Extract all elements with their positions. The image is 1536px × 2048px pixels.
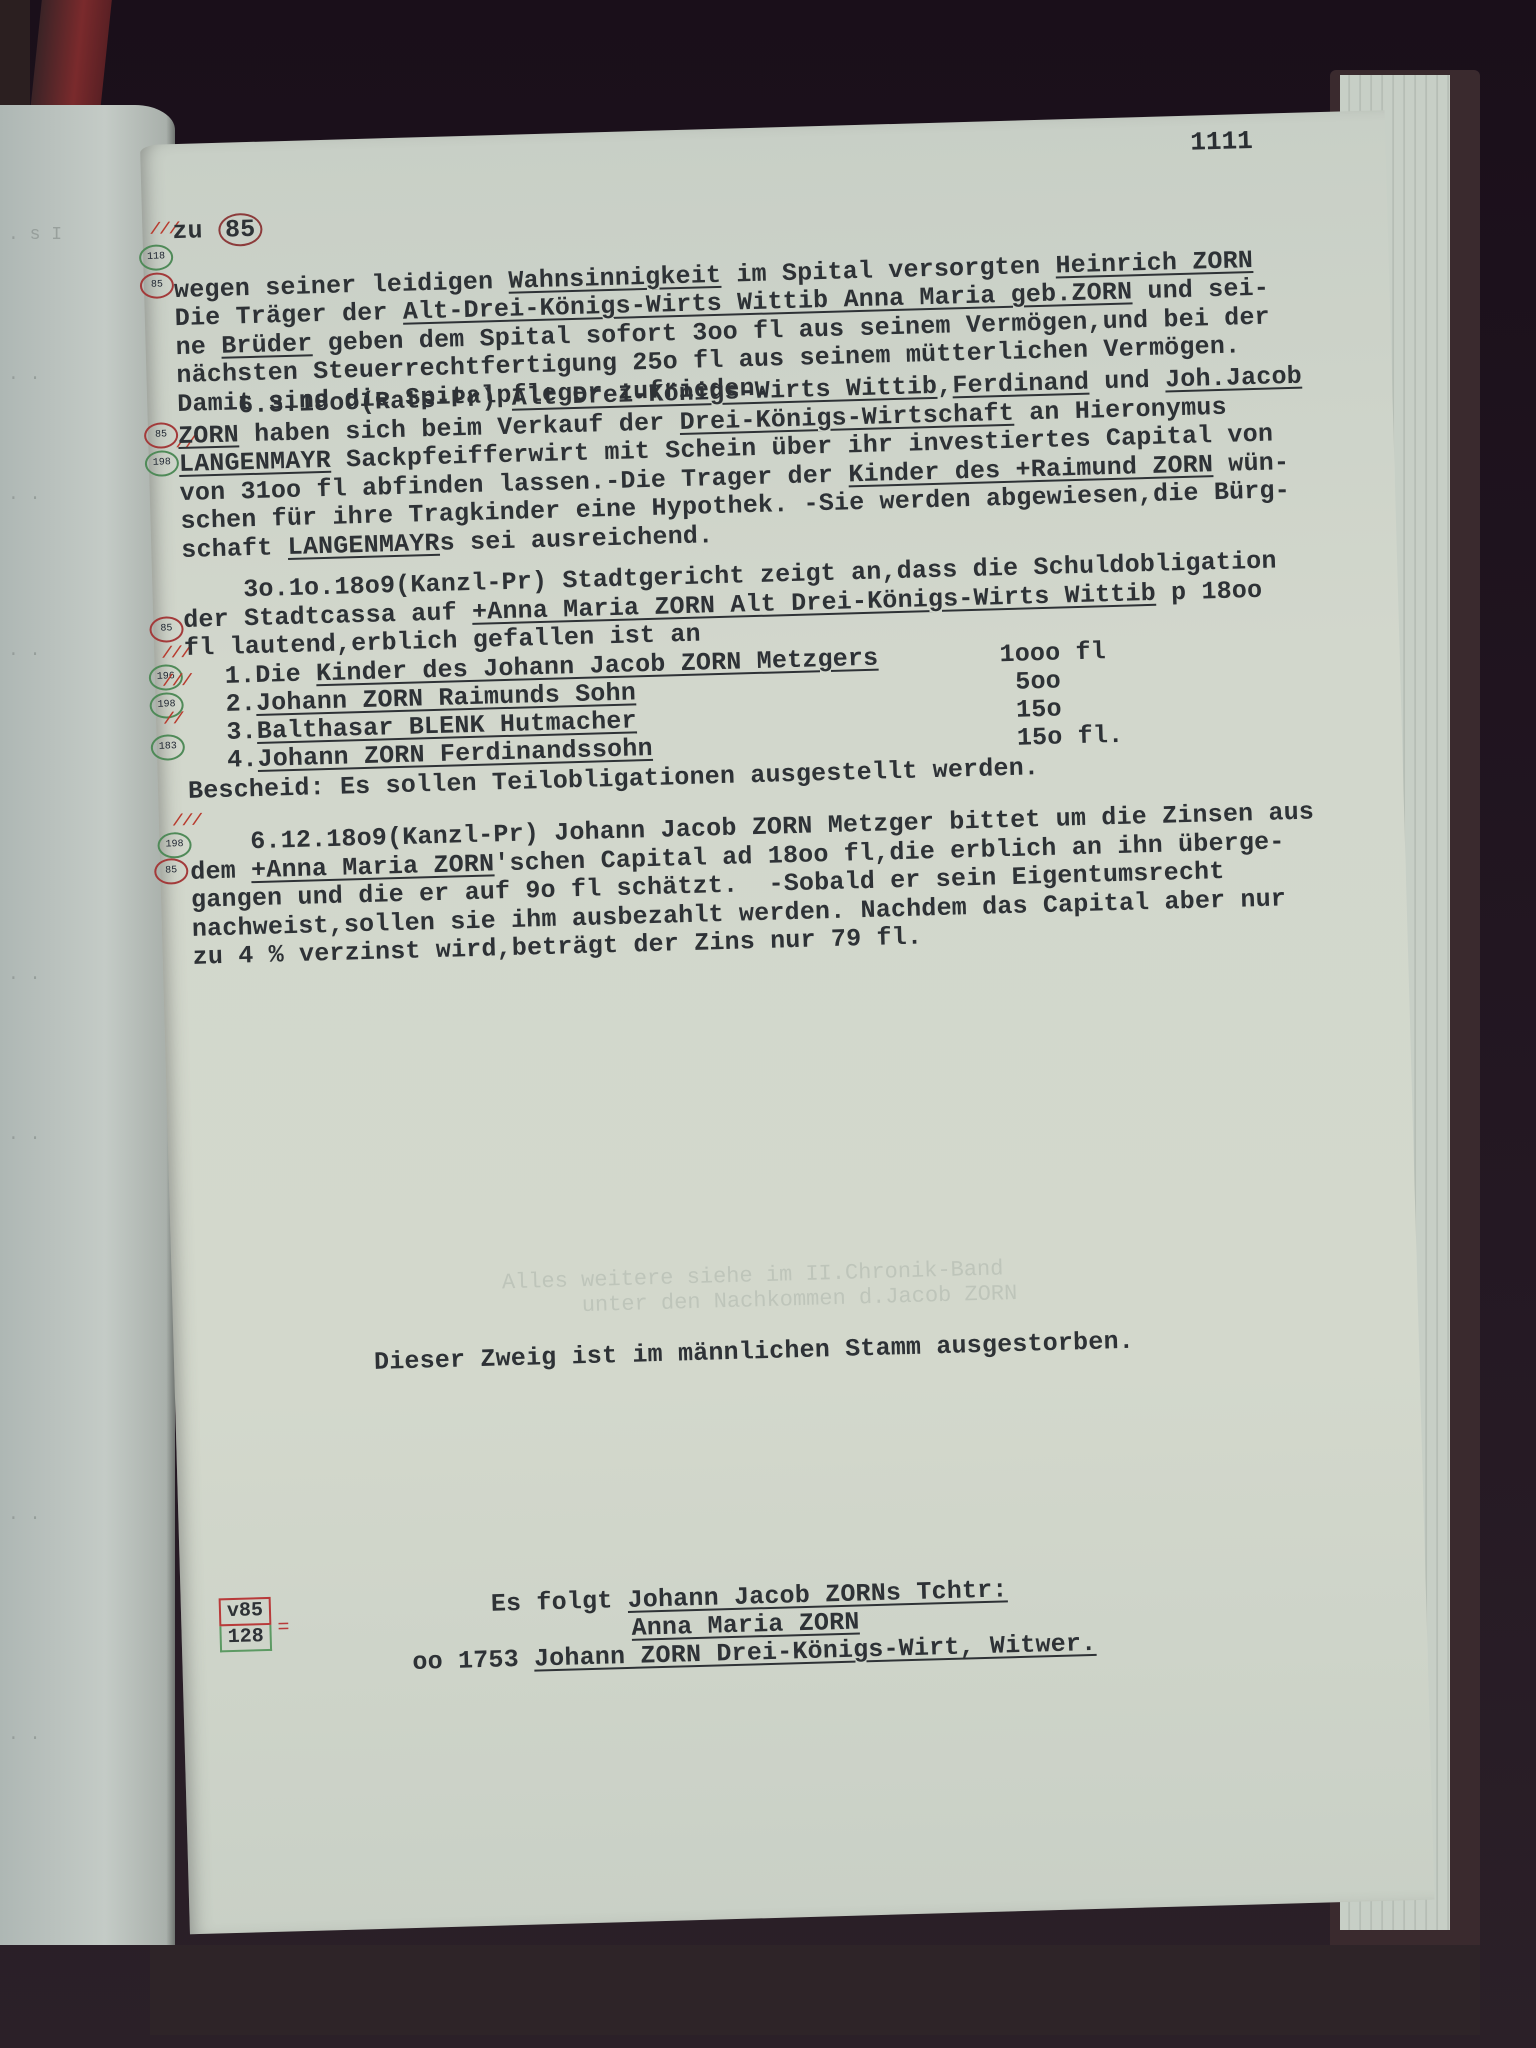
bleed-through-text: Alles weitere siehe im II.Chronik-Band u… — [502, 1256, 1018, 1320]
cross-reference: zu 85 — [172, 216, 263, 247]
heir-amount: 5oo — [1015, 668, 1061, 698]
margin-tick-mark: /// — [173, 812, 202, 831]
underlined-name: LANGENMAYR — [287, 528, 440, 561]
box-ref-equals: = — [277, 1616, 290, 1639]
margin-ref-green: 198 — [145, 450, 180, 477]
margin-ref-red: 85 — [140, 272, 175, 299]
heir-amount: 1ooo fl — [999, 638, 1106, 669]
paragraph-3: 3o.1o.18o9(Kanzl-Pr) Stadtgericht zeigt … — [182, 547, 1279, 663]
margin-ref-red: 85 — [144, 422, 179, 449]
margin-tick-mark: /// — [163, 672, 192, 691]
underlined-name: Brüder — [221, 329, 313, 361]
margin-tick-mark: // — [164, 710, 184, 729]
heir-amount: 15o — [1016, 695, 1062, 725]
underlined-name: Ferdinand — [952, 368, 1090, 401]
margin-ref-green: 118 — [139, 244, 174, 271]
margin-ref-green: 183 — [150, 734, 185, 761]
underlined-name: Joh.Jacob — [1165, 362, 1303, 395]
conclusion-line: Dieser Zweig ist im männlichen Stamm aus… — [374, 1328, 1135, 1378]
box-ref-top: v85 — [219, 1597, 272, 1626]
dark-object — [0, 0, 30, 120]
underlined-name: ZORN — [178, 420, 240, 451]
box-ref-bottom: 128 — [219, 1625, 272, 1652]
heir-amount: 15o fl. — [1017, 722, 1124, 753]
page-number: 1111 — [1190, 126, 1253, 158]
margin-ref-red: 85 — [149, 616, 184, 643]
paragraph-4: 6.12.18o9(Kanzl-Pr) Johann Jacob ZORN Me… — [189, 798, 1318, 972]
family-reference-box: v85 128 = — [219, 1597, 272, 1652]
book-cover-bottom — [150, 1945, 1480, 2035]
circled-ref-number: 85 — [218, 213, 263, 247]
margin-ref-green: 198 — [157, 832, 192, 859]
paragraph-2: 6.3.18oo(Rats-Pr) Alt Drei-Königs-Wirts … — [177, 363, 1306, 565]
margin-ref-red: 85 — [154, 858, 189, 885]
right-page: 1111 /// 118 85 zu 85 wegen seiner leidi… — [140, 110, 1434, 1934]
